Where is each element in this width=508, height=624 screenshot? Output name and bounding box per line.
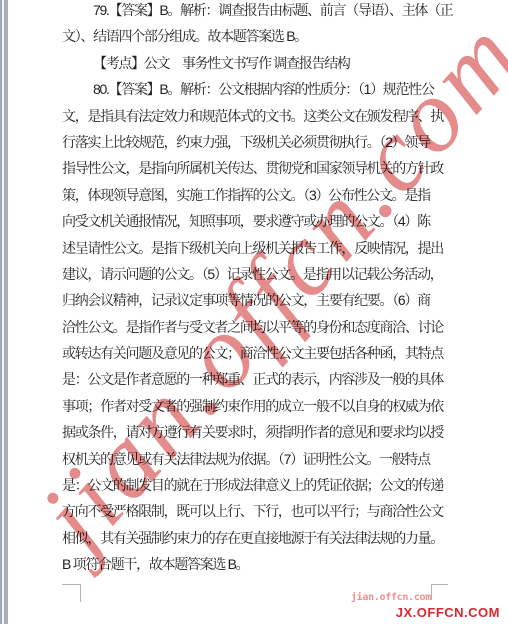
text-line: 文）、结语四个部分组成。故本题答案选 B。 [62, 23, 462, 49]
text-line: 权机关的意见或有关法律法规为依据。（7）证明性公文。一般特点 [62, 446, 462, 472]
margin-corner-mark-left [62, 584, 81, 602]
footer-brand-url: JX.OFFCN.COM [396, 605, 500, 620]
text-line: 79.【答案】B。解析：调查报告由标题、前言（导语）、主体（正 [62, 0, 462, 23]
footer-watermark-url: jian.offcn.com [351, 592, 431, 603]
text-line: 是：公文的制发目的就在于形成法律意义上的凭证依据；公文的传递 [62, 472, 462, 498]
text-line: 方向不受严格限制，既可以上行、下行，也可以平行；与商洽性公文 [62, 498, 462, 524]
text-line: 80.【答案】B。解析：公文根据内容的性质分：（1）规范性公 [62, 76, 462, 102]
text-line: 行落实上比较规范，约束力强，下级机关必须贯彻执行。（2）领导 [62, 129, 462, 155]
text-line: 述呈请性公文。是指下级机关向上级机关报告工作，反映情况，提出 [62, 235, 462, 261]
text-line: 据或条件，请对方遵行有关要求时，须指明作者的意见和要求均以授 [62, 419, 462, 445]
text-line: 策，体现领导意图，实施工作指挥的公文。（3）公布性公文。是指 [62, 182, 462, 208]
text-line: 向受文机关通报情况，知照事项，要求遵守或办理的公文。（4）陈 [62, 208, 462, 234]
text-line: 是：公文是作者意愿的一种郑重、正式的表示，内容涉及一般的具体 [62, 366, 462, 392]
text-line: 相似，其有关强制约束力的存在更直接地源于有关法律法规的力量。 [62, 525, 462, 551]
text-line: 【考点】公文 事务性文书写作 调查报告结构 [62, 50, 462, 76]
text-line: 文，是指具有法定效力和规范体式的文书。这类公文在颁发程序、执 [62, 103, 462, 129]
text-line: 指导性公文，是指向所属机关传达、贯彻党和国家领导机关的方针政 [62, 155, 462, 181]
text-line: 或转达有关问题及意见的公文；商洽性公文主要包括各种函，其特点 [62, 340, 462, 366]
text-line: 洽性公文。是指作者与受文者之间均以平等的身份和态度商洽、讨论 [62, 314, 462, 340]
text-line: 建议，请示问题的公文。（5）记录性公文。是指用以记载公务活动， [62, 261, 462, 287]
text-line: 事项；作者对受文者的强制约束作用的成立一般不以自身的权威为依 [62, 393, 462, 419]
document-text-block: 79.【答案】B。解析：调查报告由标题、前言（导语）、主体（正文）、结语四个部分… [62, 0, 462, 578]
text-line: 归纳会议精神，记录议定事项等情况的公文，主要有纪要。（6）商 [62, 287, 462, 313]
document-page: 79.【答案】B。解析：调查报告由标题、前言（导语）、主体（正文）、结语四个部分… [0, 0, 508, 624]
page-edge-strip [0, 0, 8, 624]
margin-corner-mark-right [431, 584, 448, 600]
text-line: B 项符合题干，故本题答案选 B。 [62, 551, 462, 577]
